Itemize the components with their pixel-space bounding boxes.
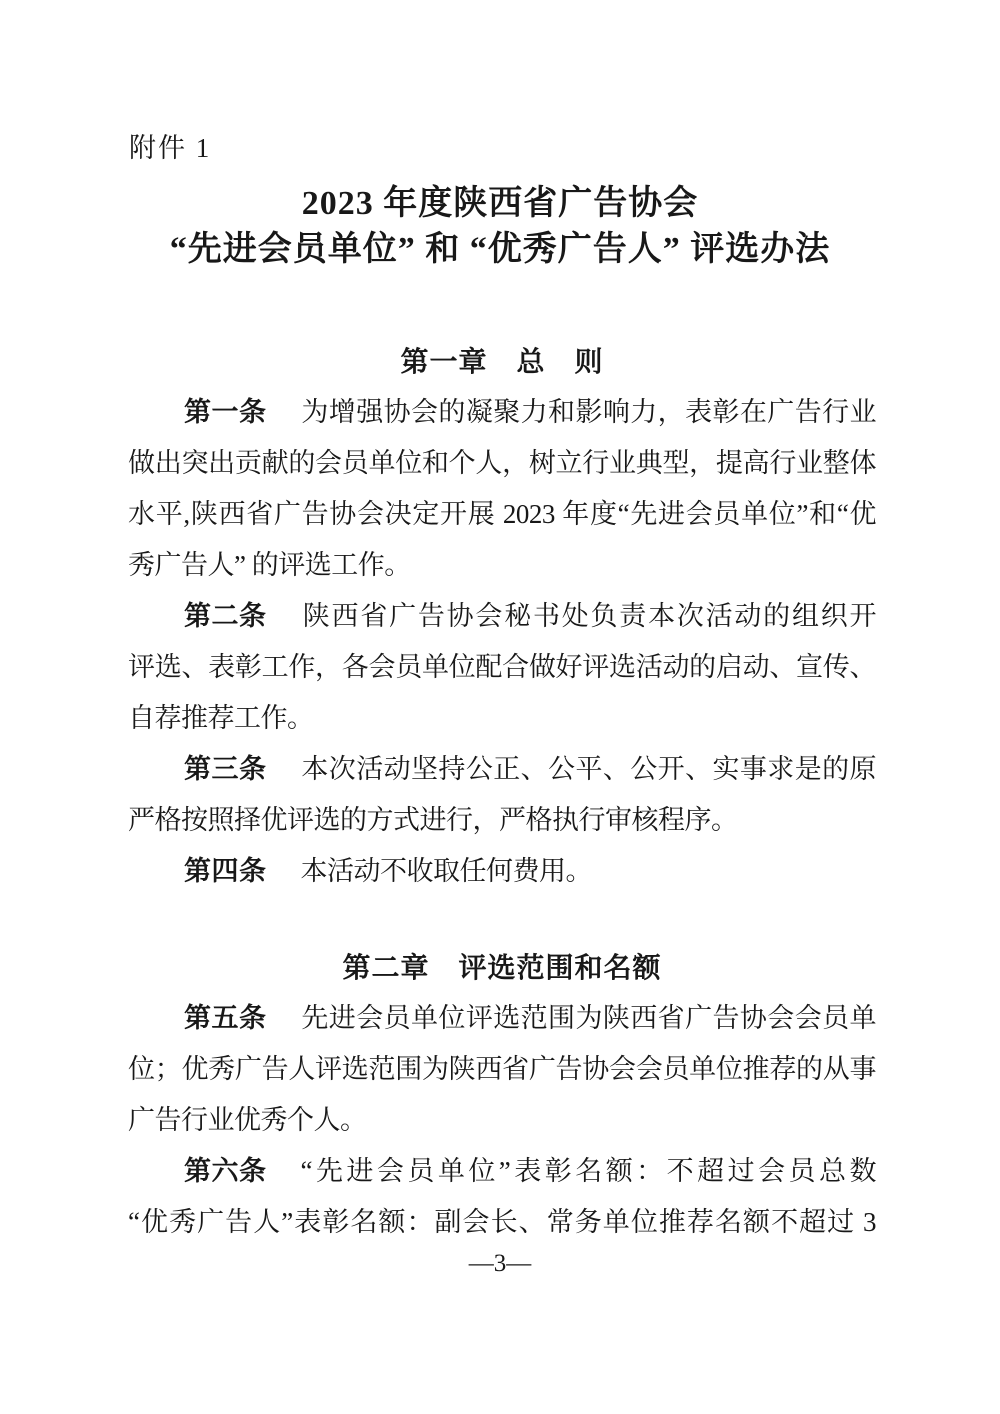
article-lead: 第六条 (184, 1146, 267, 1197)
document-line: 第二条陕西省广告协会秘书处负责本次活动的组织开展、 (128, 591, 876, 642)
document-line: 做出突出贡献的会员单位和个人，树立行业典型，提高行业整体 (128, 438, 876, 489)
document-title: 2023 年度陕西省广告协会 “先进会员单位” 和 “优秀广告人” 评选办法 (0, 181, 1000, 273)
document-line: 第六条“先进会员单位”表彰名额：不超过会员总数 30%。 (128, 1146, 876, 1197)
article-lead: 第四条 (184, 846, 267, 897)
attachment-label: 附件 1 (129, 130, 211, 166)
article-lead: 第一条 (184, 387, 267, 438)
article-lead: 第二条 (184, 591, 267, 642)
document-body: 第一章 总 则第一条为增强协会的凝聚力和影响力，表彰在广告行业中做出突出贡献的会… (128, 336, 876, 1248)
document-line: 第五条先进会员单位评选范围为陕西省广告协会会员单 (128, 993, 876, 1044)
document-line: 严格按照择优评选的方式进行，严格执行审核程序。 (128, 795, 876, 846)
document-title-line1: 2023 年度陕西省广告协会 (0, 181, 1000, 227)
document-line: 第一条为增强协会的凝聚力和影响力，表彰在广告行业中 (128, 387, 876, 438)
document-title-line2: “先进会员单位” 和 “优秀广告人” 评选办法 (0, 227, 1000, 273)
document-line: 第四条本活动不收取任何费用。 (128, 846, 876, 897)
document-line: 位；优秀广告人评选范围为陕西省广告协会会员单位推荐的从事 (128, 1044, 876, 1095)
document-line: 评选、表彰工作，各会员单位配合做好评选活动的启动、宣传、 (128, 642, 876, 693)
document-line: “优秀广告人”表彰名额：副会长、常务单位推荐名额不超过 3 (128, 1197, 876, 1248)
document-line: 广告行业优秀个人。 (128, 1095, 876, 1146)
chapter-heading: 第二章 评选范围和名额 (128, 942, 876, 993)
document-line: 自荐推荐工作。 (128, 693, 876, 744)
document-line: 秀广告人” 的评选工作。 (128, 540, 876, 591)
document-line: 水平,陕西省广告协会决定开展 2023 年度“先进会员单位”和“优 (128, 489, 876, 540)
page-number: —3— (0, 1247, 1000, 1281)
chapter-heading: 第一章 总 则 (128, 336, 876, 387)
document-line: 第三条本次活动坚持公正、公平、公开、实事求是的原则， (128, 744, 876, 795)
article-lead: 第三条 (184, 744, 267, 795)
document-page: 附件 1 2023 年度陕西省广告协会 “先进会员单位” 和 “优秀广告人” 评… (0, 0, 1000, 1414)
article-lead: 第五条 (184, 993, 267, 1044)
